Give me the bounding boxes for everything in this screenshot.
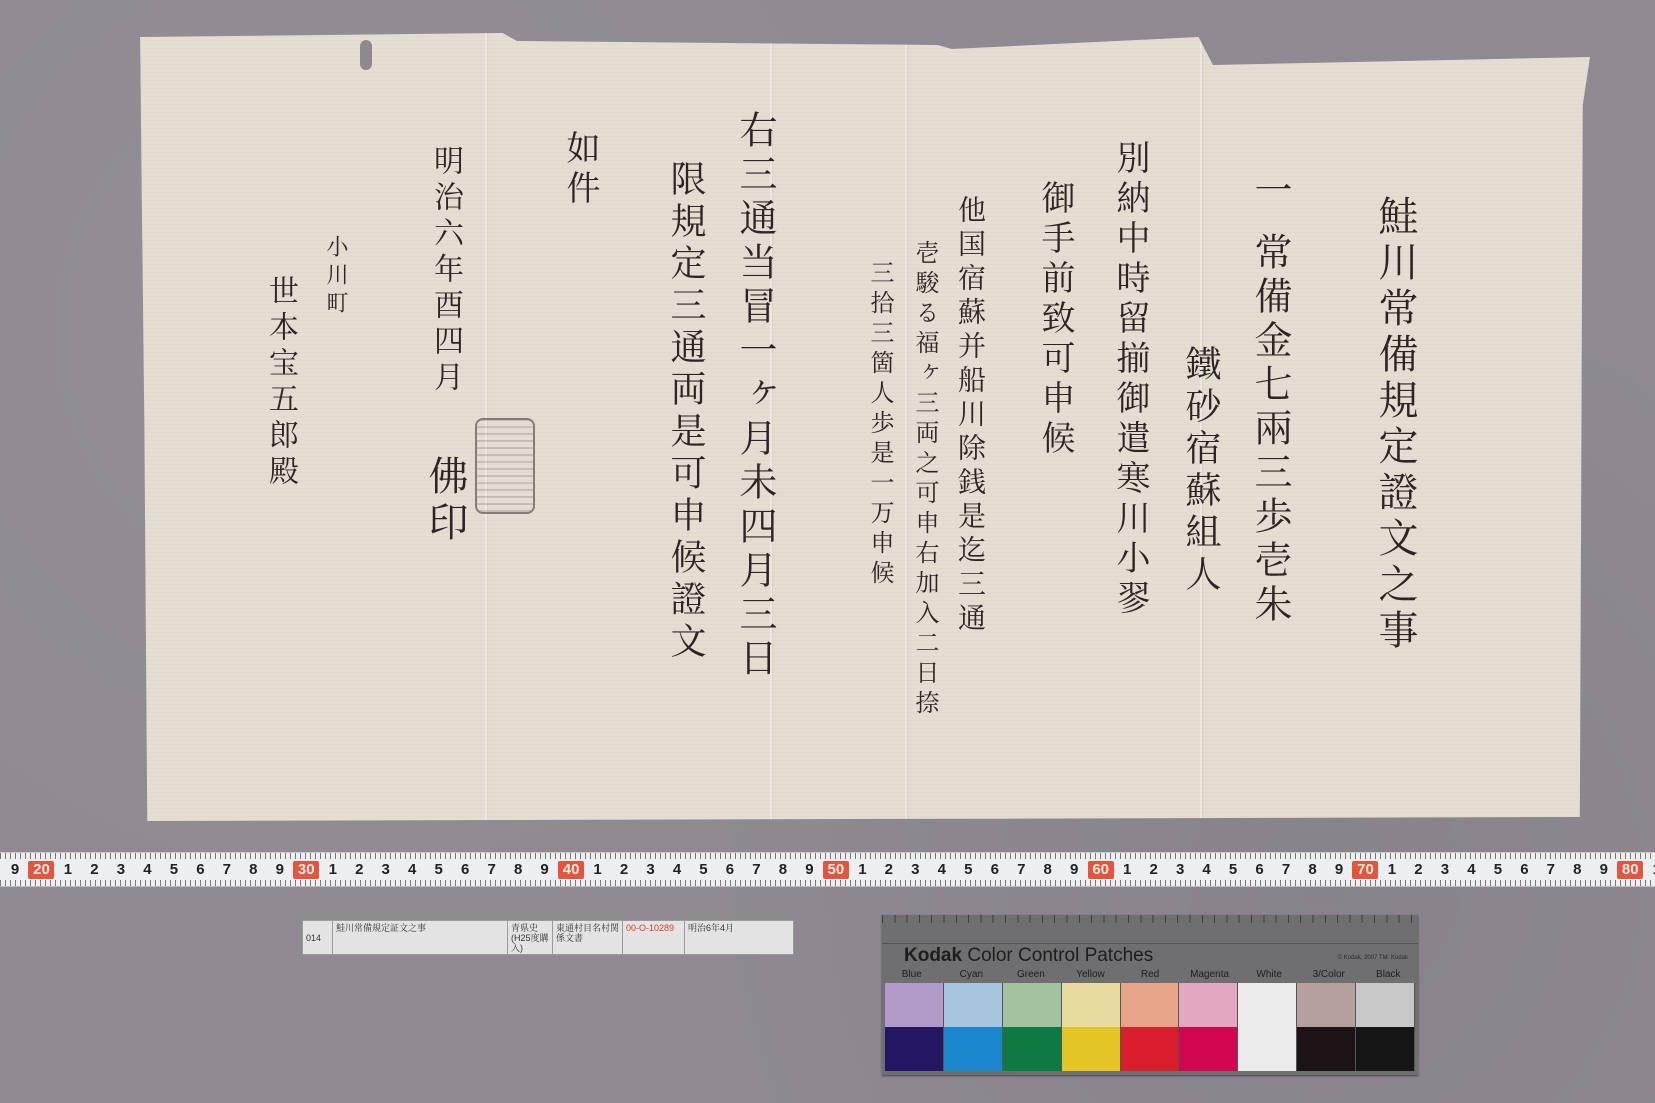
ruler-tick-label: 4 xyxy=(1458,861,1484,879)
ruler-tick-label: 2 xyxy=(81,861,107,879)
ruler-tick-label: 2 xyxy=(1405,861,1431,879)
ruler-tick-label: 5 xyxy=(955,861,981,879)
ruler-tick-label: 3 xyxy=(108,861,134,879)
calligraphy-column: 小川町 xyxy=(324,235,346,319)
ruler-tick-label: 3 xyxy=(1167,861,1193,879)
ruler-tick-label: 8 xyxy=(505,861,531,879)
ruler-tick-label: 7 xyxy=(1008,861,1034,879)
label-collection: 東通村目名村関係文書 xyxy=(553,921,623,954)
calligraphy-column: 壱駿る福ヶ三両之可申右加入二日捺 xyxy=(913,240,937,720)
color-patch-column xyxy=(1356,983,1415,1071)
ruler-tick-label: 2 xyxy=(1141,861,1167,879)
ruler-tick-label: 2 xyxy=(346,861,372,879)
patch-name: Yellow xyxy=(1061,969,1121,980)
patch-name: Blue xyxy=(882,969,942,980)
color-patch-dark xyxy=(1297,1027,1355,1071)
ruler-tick-label: 9 xyxy=(1326,861,1352,879)
ruler-tick-label: 80 xyxy=(1617,861,1643,879)
ruler-tick-label: 9 xyxy=(532,861,558,879)
ruler-tick-label: 7 xyxy=(1538,861,1564,879)
color-patch-dark xyxy=(1062,1027,1120,1071)
color-patch-column xyxy=(1121,983,1180,1071)
color-patch-light xyxy=(1003,983,1061,1027)
ruler-tick-label: 40 xyxy=(558,861,584,879)
ruler-tick-label: 8 xyxy=(1300,861,1326,879)
ruler-tick-label: 1 xyxy=(1379,861,1405,879)
color-patch-light xyxy=(1062,983,1120,1027)
color-patch-dark xyxy=(1121,1027,1179,1071)
color-patch-dark xyxy=(1003,1027,1061,1071)
patch-name-row: BlueCyanGreenYellowRedMagentaWhite3/Colo… xyxy=(882,969,1418,980)
ruler-tick-label: 5 xyxy=(426,861,452,879)
ruler-tick-label: 8 xyxy=(240,861,266,879)
color-patch-light xyxy=(1179,983,1237,1027)
color-patch-dark xyxy=(885,1027,943,1071)
patch-name: Green xyxy=(1001,969,1061,980)
patch-name: Red xyxy=(1120,969,1180,980)
calligraphy-column: 御手前致可申候 xyxy=(1038,180,1072,460)
historical-document: 鮭川常備規定證文之事一 常備金七兩三歩壱朱鐵砂宿蘇組人別納中時留揃御遣寒川小翏御… xyxy=(140,25,1590,825)
ruler-tick-label: 5 xyxy=(690,861,716,879)
label-source: 青県史(H25度購入) xyxy=(508,921,553,954)
kodak-brand: Kodak Color Control Patches xyxy=(904,945,1153,967)
catalog-label: 014 鮭川常備規定証文之事 青県史(H25度購入) 東通村目名村関係文書 00… xyxy=(302,920,794,955)
color-patch-dark xyxy=(1179,1027,1237,1071)
color-patch-light xyxy=(1238,983,1296,1027)
kodak-inch-cm-scale xyxy=(882,915,1418,944)
kodak-color-card: Kodak Color Control Patches © Kodak, 200… xyxy=(882,915,1418,1075)
measuring-ruler: 9201234567893012345678940123456789501234… xyxy=(0,852,1655,887)
ruler-tick-label: 3 xyxy=(1432,861,1458,879)
color-patch-column xyxy=(1179,983,1238,1071)
fold-line xyxy=(905,25,907,825)
color-patch-column xyxy=(1003,983,1062,1071)
patch-name: Magenta xyxy=(1180,969,1240,980)
color-patch-column xyxy=(1297,983,1356,1071)
ruler-tick-label: 1 xyxy=(1644,861,1655,879)
ruler-tick-label: 4 xyxy=(1194,861,1220,879)
patch-name: White xyxy=(1239,969,1299,980)
ruler-tick-label: 5 xyxy=(1220,861,1246,879)
color-patches xyxy=(885,983,1415,1071)
ruler-tick-label: 4 xyxy=(929,861,955,879)
calligraphy-column: 鐵砂宿蘇組人 xyxy=(1182,345,1218,597)
color-patch-column xyxy=(885,983,944,1071)
calligraphy-column: 他国宿蘇并船川除銭是迄三通 xyxy=(956,195,984,637)
ruler-tick-label: 2 xyxy=(611,861,637,879)
calligraphy-column: 三拾三箇人歩是一万申候 xyxy=(868,260,892,590)
label-catalog-id: 00-O-10289 xyxy=(623,921,685,954)
ruler-tick-label: 30 xyxy=(293,861,319,879)
ruler-tick-label: 3 xyxy=(373,861,399,879)
ruler-tick-label: 8 xyxy=(1564,861,1590,879)
color-patch-dark xyxy=(1238,1027,1296,1071)
color-patch-light xyxy=(1297,983,1355,1027)
kodak-copyright: © Kodak, 2007 TM: Kodak xyxy=(1338,955,1408,961)
ruler-tick-label: 6 xyxy=(452,861,478,879)
calligraphy-column: 明治六年酉四月 xyxy=(430,145,460,397)
calligraphy-column: 右三通当冒一ヶ月未四月三日 xyxy=(736,110,774,682)
ruler-tick-label: 5 xyxy=(161,861,187,879)
ruler-tick-label: 9 xyxy=(1591,861,1617,879)
ruler-tick-label: 4 xyxy=(399,861,425,879)
ruler-tick-label: 6 xyxy=(1247,861,1273,879)
ruler-tick-label: 7 xyxy=(214,861,240,879)
ruler-tick-label: 6 xyxy=(1511,861,1537,879)
color-patch-light xyxy=(944,983,1002,1027)
ruler-tick-label: 9 xyxy=(796,861,822,879)
ruler-tick-label: 4 xyxy=(664,861,690,879)
ruler-tick-label: 3 xyxy=(902,861,928,879)
ruler-tick-label: 6 xyxy=(982,861,1008,879)
patch-name: Black xyxy=(1359,969,1419,980)
ruler-tick-label: 20 xyxy=(28,861,54,879)
ruler-tick-label: 6 xyxy=(187,861,213,879)
color-patch-dark xyxy=(944,1027,1002,1071)
calligraphy-column: 佛印 xyxy=(425,455,465,547)
ruler-tick-label: 1 xyxy=(55,861,81,879)
color-patch-column xyxy=(944,983,1003,1071)
color-patch-light xyxy=(885,983,943,1027)
color-patch-light xyxy=(1121,983,1179,1027)
ruler-tick-label: 8 xyxy=(770,861,796,879)
ruler-tick-label: 7 xyxy=(479,861,505,879)
patch-name: 3/Color xyxy=(1299,969,1359,980)
ruler-tick-label: 1 xyxy=(320,861,346,879)
ruler-tick-label: 7 xyxy=(1273,861,1299,879)
ruler-tick-label: 8 xyxy=(1035,861,1061,879)
ink-stain xyxy=(360,40,372,70)
calligraphy-column: 一 常備金七兩三歩壱朱 xyxy=(1251,170,1289,628)
ruler-tick-label: 3 xyxy=(638,861,664,879)
label-title: 鮭川常備規定証文之事 xyxy=(333,921,508,954)
ruler-tick-label: 9 xyxy=(2,861,28,879)
ruler-tick-label: 4 xyxy=(134,861,160,879)
ruler-tick-label: 70 xyxy=(1352,861,1378,879)
ruler-tick-label: 5 xyxy=(1485,861,1511,879)
ruler-tick-label: 60 xyxy=(1088,861,1114,879)
label-date: 明治6年4月 xyxy=(685,921,793,954)
patch-name: Cyan xyxy=(942,969,1002,980)
ruler-tick-label: 1 xyxy=(1114,861,1140,879)
color-patch-column xyxy=(1238,983,1297,1071)
calligraphy-column: 如件 xyxy=(563,130,597,210)
ruler-tick-label: 9 xyxy=(1061,861,1087,879)
color-patch-dark xyxy=(1356,1027,1414,1071)
ruler-tick-label: 1 xyxy=(585,861,611,879)
calligraphy-column: 限規定三通両是可申候證文 xyxy=(667,160,703,664)
seal-stamp xyxy=(475,418,535,514)
ruler-tick-label: 6 xyxy=(717,861,743,879)
calligraphy-column: 別納中時留揃御遣寒川小翏 xyxy=(1113,140,1147,620)
ruler-tick-label: 50 xyxy=(823,861,849,879)
calligraphy-column: 世本宝五郎殿 xyxy=(265,275,295,491)
label-number: 014 xyxy=(303,921,333,954)
color-patch-column xyxy=(1062,983,1121,1071)
ruler-tick-label: 9 xyxy=(267,861,293,879)
color-patch-light xyxy=(1356,983,1414,1027)
ruler-tick-label: 2 xyxy=(876,861,902,879)
ruler-tick-label: 7 xyxy=(743,861,769,879)
calligraphy-column: 鮭川常備規定證文之事 xyxy=(1375,195,1415,655)
ruler-tick-label: 1 xyxy=(849,861,875,879)
